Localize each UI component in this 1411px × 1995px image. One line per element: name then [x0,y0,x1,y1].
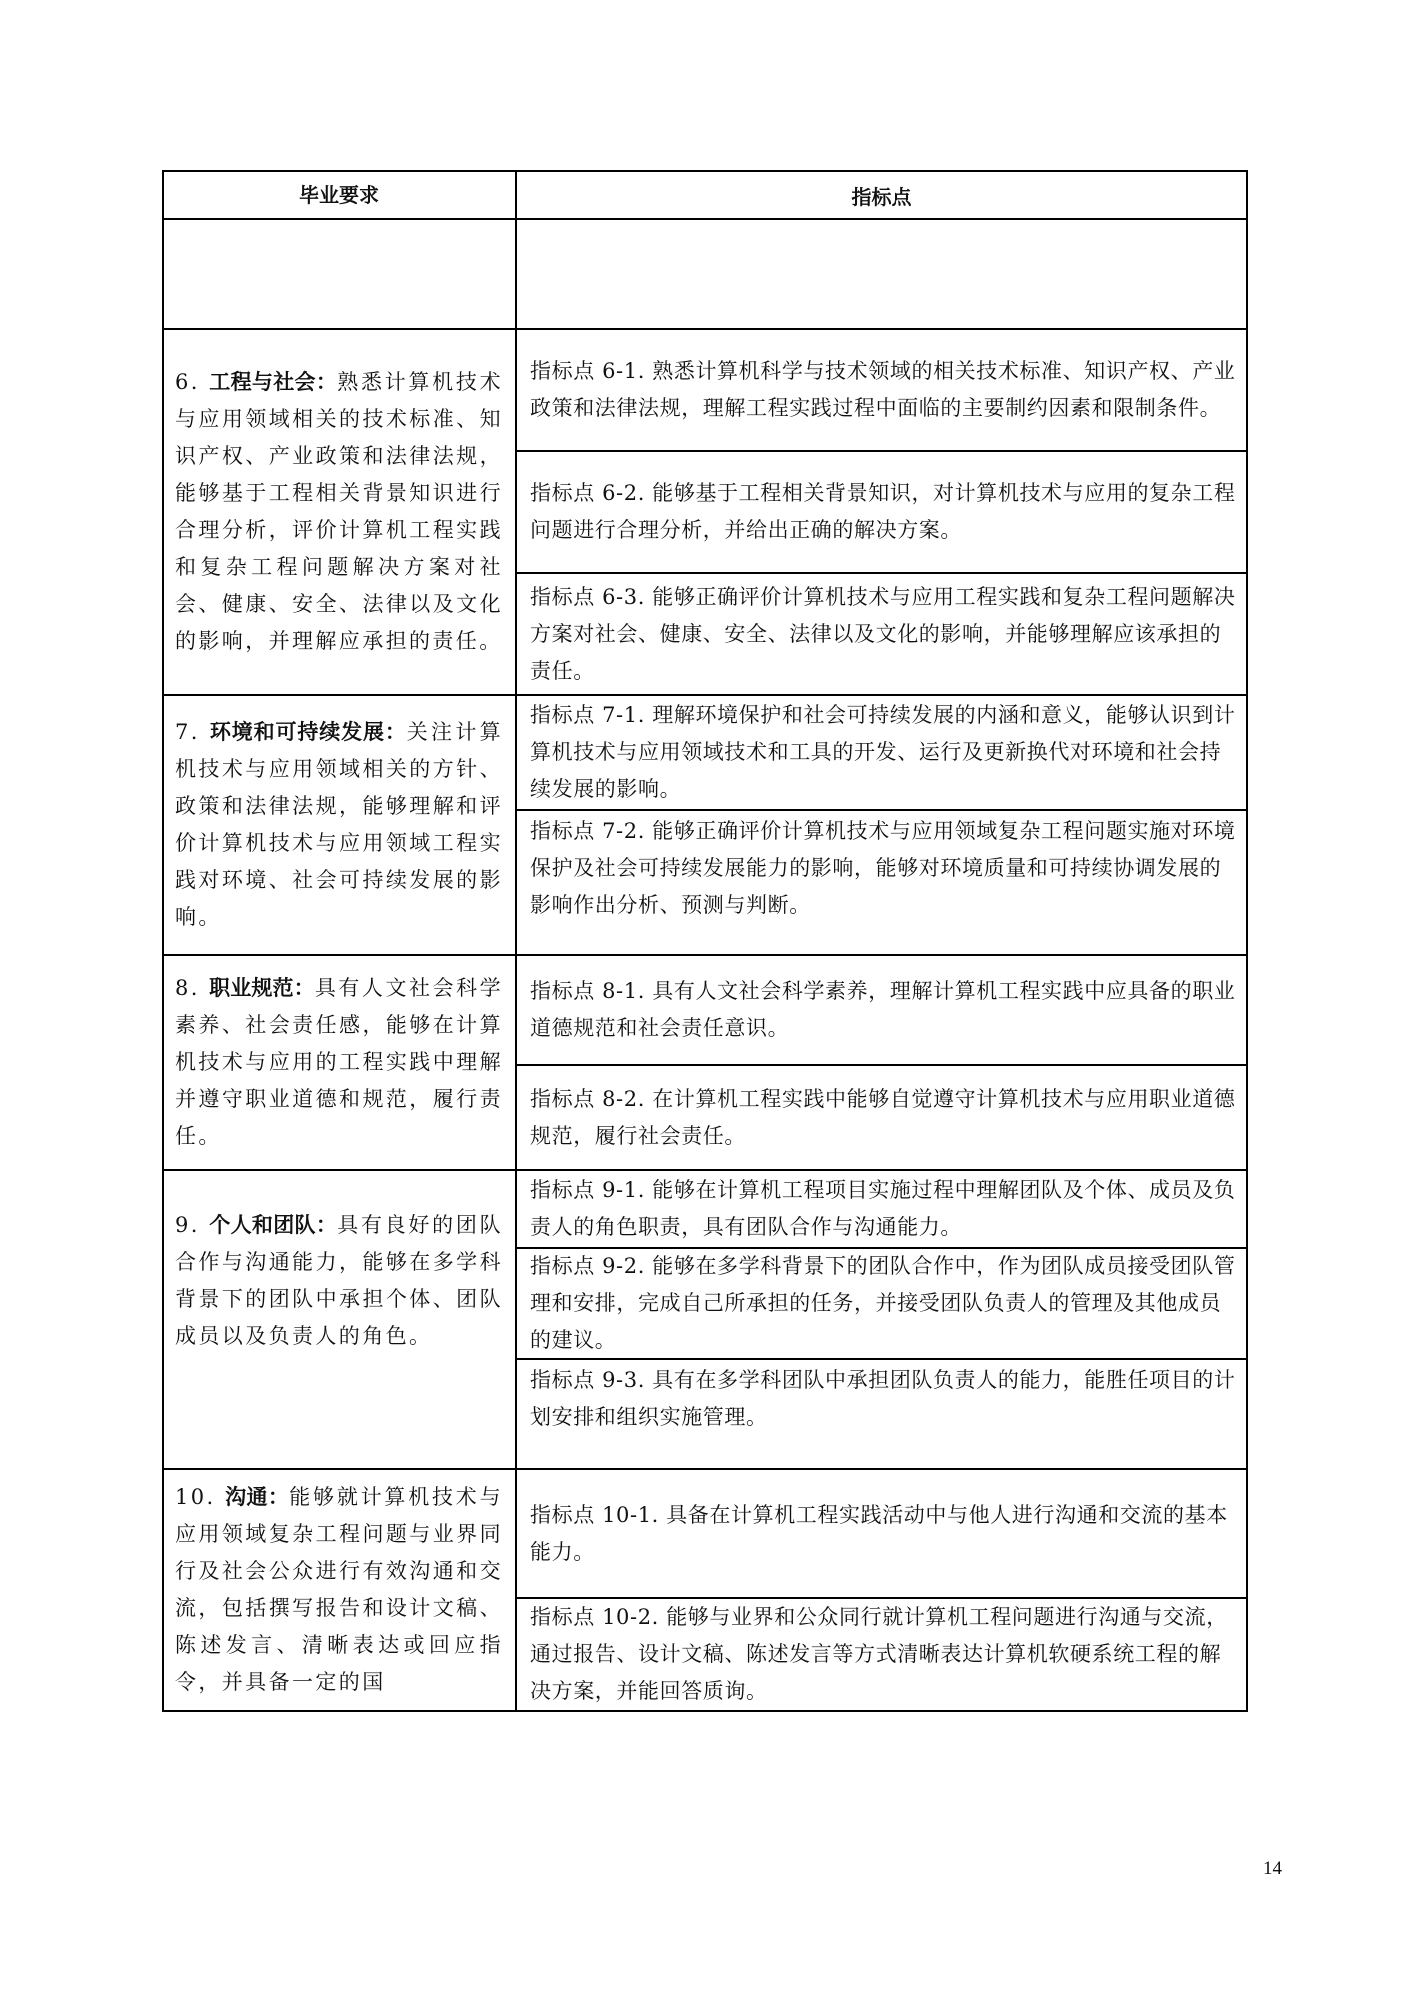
page-number: 14 [1263,1858,1282,1880]
indicator-6-3: 指标点 6-3. 能够正确评价计算机技术与应用工程实践和复杂工程问题解决方案对社… [517,572,1246,694]
indicator-cell: 指标点 6-1. 熟悉计算机科学与技术领域的相关技术标准、知识产权、产业政策和法… [517,330,1246,694]
requirement-number: 7. [175,720,200,744]
indicator-8-1: 指标点 8-1. 具有人文社会科学素养，理解计算机工程实践中应具备的职业道德规范… [517,956,1246,1064]
indicator-cell: 指标点 10-1. 具备在计算机工程实践活动中与他人进行沟通和交流的基本能力。 … [517,1470,1246,1710]
indicator-6-1: 指标点 6-1. 熟悉计算机科学与技术领域的相关技术标准、知识产权、产业政策和法… [517,330,1246,450]
requirement-body: 熟悉计算机技术与应用领域相关的技术标准、知识产权、产业政策和法律法规，能够基于工… [175,370,503,653]
indicator-7-2: 指标点 7-2. 能够正确评价计算机技术与应用领域复杂工程问题实施对环境保护及社… [517,809,1246,954]
requirement-title: 个人和团队： [209,1213,337,1237]
table-row-6: 6. 工程与社会：熟悉计算机技术与应用领域相关的技术标准、知识产权、产业政策和法… [164,328,1246,694]
table-row-10: 10. 沟通：能够就计算机技术与应用领域复杂工程问题与业界同行及社会公众进行有效… [164,1468,1246,1710]
table-row-8: 8. 职业规范：具有人文社会科学素养、社会责任感，能够在计算机技术与应用的工程实… [164,954,1246,1169]
indicator-10-1: 指标点 10-1. 具备在计算机工程实践活动中与他人进行沟通和交流的基本能力。 [517,1470,1246,1597]
requirement-title: 工程与社会： [209,370,337,394]
requirement-cell: 7. 环境和可持续发展：关注计算机技术与应用领域相关的方针、政策和法律法规，能够… [164,696,517,954]
requirement-cell [164,220,517,328]
indicator-9-2: 指标点 9-2. 能够在多学科背景下的团队合作中，作为团队成员接受团队管理和安排… [517,1247,1246,1358]
requirement-cell: 8. 职业规范：具有人文社会科学素养、社会责任感，能够在计算机技术与应用的工程实… [164,956,517,1169]
table-row-7: 7. 环境和可持续发展：关注计算机技术与应用领域相关的方针、政策和法律法规，能够… [164,694,1246,954]
requirement-cell: 10. 沟通：能够就计算机技术与应用领域复杂工程问题与业界同行及社会公众进行有效… [164,1470,517,1710]
requirement-cell: 6. 工程与社会：熟悉计算机技术与应用领域相关的技术标准、知识产权、产业政策和法… [164,330,517,694]
header-indicator-points: 指标点 [517,172,1246,218]
requirement-number: 9. [175,1213,200,1237]
indicator-cell: 指标点 9-1. 能够在计算机工程项目实施过程中理解团队及个体、成员及负责人的角… [517,1171,1246,1468]
indicator-7-1: 指标点 7-1. 理解环境保护和社会可持续发展的内涵和意义，能够认识到计算机技术… [517,696,1246,809]
requirement-title: 沟通： [225,1485,289,1509]
header-graduation-requirements: 毕业要求 [164,172,517,218]
requirement-number: 10. [175,1485,216,1509]
requirement-body: 关注计算机技术与应用领域相关的方针、政策和法律法规，能够理解和评价计算机技术与应… [175,720,503,929]
requirement-title: 环境和可持续发展： [210,720,407,744]
indicator-cell: 指标点 7-1. 理解环境保护和社会可持续发展的内涵和意义，能够认识到计算机技术… [517,696,1246,954]
indicator-9-3: 指标点 9-3. 具有在多学科团队中承担团队负责人的能力，能胜任项目的计划安排和… [517,1358,1246,1468]
table-row-blank [164,218,1246,328]
indicator-8-2: 指标点 8-2. 在计算机工程实践中能够自觉遵守计算机技术与应用职业道德规范，履… [517,1064,1246,1169]
indicator-cell: 指标点 8-1. 具有人文社会科学素养，理解计算机工程实践中应具备的职业道德规范… [517,956,1246,1169]
table-header: 毕业要求 指标点 [164,172,1246,218]
requirements-table: 毕业要求 指标点 6. 工程与社会：熟悉计算机技术与应用领域相关的技术标准、知识… [162,170,1248,1712]
requirement-number: 8. [175,976,200,1000]
table-row-9: 9. 个人和团队：具有良好的团队合作与沟通能力，能够在多学科背景下的团队中承担个… [164,1169,1246,1468]
requirement-number: 6. [175,370,200,394]
requirement-title: 职业规范： [209,976,315,1000]
requirement-cell: 9. 个人和团队：具有良好的团队合作与沟通能力，能够在多学科背景下的团队中承担个… [164,1171,517,1468]
requirement-body: 能够就计算机技术与应用领域复杂工程问题与业界同行及社会公众进行有效沟通和交流，包… [175,1485,503,1694]
indicator-9-1: 指标点 9-1. 能够在计算机工程项目实施过程中理解团队及个体、成员及负责人的角… [517,1171,1246,1247]
indicator-cell [517,220,1246,328]
indicator-10-2: 指标点 10-2. 能够与业界和公众同行就计算机工程问题进行沟通与交流，通过报告… [517,1597,1246,1710]
requirement-body: 具有人文社会科学素养、社会责任感，能够在计算机技术与应用的工程实践中理解并遵守职… [175,976,503,1148]
indicator-6-2: 指标点 6-2. 能够基于工程相关背景知识，对计算机技术与应用的复杂工程问题进行… [517,450,1246,572]
